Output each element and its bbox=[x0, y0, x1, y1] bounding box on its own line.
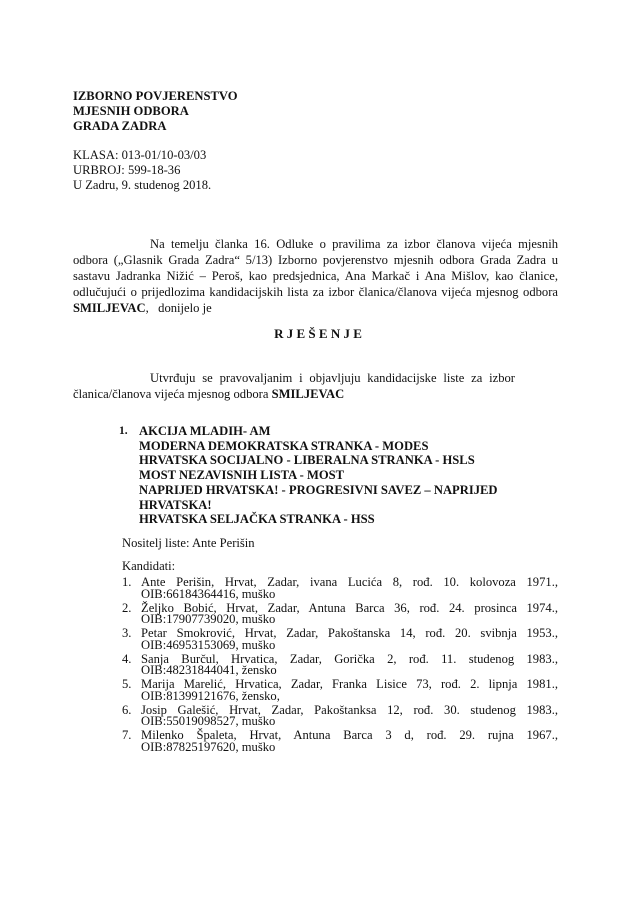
candidate-oib-gender: OIB:17907739020, muško bbox=[141, 612, 275, 626]
party-name: HRVATSKA! bbox=[139, 498, 212, 512]
candidate-oib-gender: OIB:55019098527, muško bbox=[141, 714, 275, 728]
preamble-text-2: odbora („Glasnik Grada Zadra“ 5/13) Izbo… bbox=[73, 253, 558, 267]
place-date: U Zadru, 9. studenog 2018. bbox=[73, 178, 211, 192]
preamble-line-4: odlučujući o prijedlozima kandidacijskih… bbox=[73, 285, 558, 299]
preamble-ending: , donijelo je bbox=[146, 301, 212, 315]
klasa: KLASA: 013-01/10-03/03 bbox=[73, 148, 206, 162]
candidate-oib-gender: OIB:66184364416, muško bbox=[141, 587, 275, 601]
party-name: MODERNA DEMOKRATSKA STRANKA - MODES bbox=[139, 439, 428, 453]
decision-district: SMILJEVAC bbox=[272, 387, 345, 401]
party-name: HRVATSKA SELJAČKA STRANKA - HSS bbox=[139, 512, 375, 526]
candidate-oib-gender: OIB:48231844041, žensko bbox=[141, 663, 277, 677]
preamble-text-4: odlučujući o prijedlozima kandidacijskih… bbox=[73, 285, 558, 299]
party-name: NAPRIJED HRVATSKA! - PROGRESIVNI SAVEZ –… bbox=[139, 483, 498, 497]
preamble-line-5: SMILJEVAC, donijelo je bbox=[73, 301, 212, 315]
decision-text-1: Utvrđuju se pravovaljanim i objavljuju k… bbox=[150, 371, 515, 385]
candidate-oib-gender: OIB:46953153069, muško bbox=[141, 638, 275, 652]
preamble-text-3: sastavu Jadranka Nižić – Peroš, kao pred… bbox=[73, 269, 558, 283]
issuer-line-3: GRADA ZADRA bbox=[73, 119, 166, 133]
candidate-number: 6. bbox=[122, 703, 131, 717]
list-holder: Nositelj liste: Ante Perišin bbox=[122, 536, 255, 550]
district-name: SMILJEVAC bbox=[73, 301, 146, 315]
decision-text-2: članica/članova vijeća mjesnog odbora bbox=[73, 387, 272, 401]
candidate-number: 4. bbox=[122, 652, 131, 666]
candidate-number: 5. bbox=[122, 677, 131, 691]
list-number: 1. bbox=[119, 424, 128, 438]
party-name: HRVATSKA SOCIJALNO - LIBERALNA STRANKA -… bbox=[139, 453, 475, 467]
candidate-number: 7. bbox=[122, 728, 131, 742]
urbroj: URBROJ: 599-18-36 bbox=[73, 163, 180, 177]
candidates-label: Kandidati: bbox=[122, 559, 175, 573]
decision-line-2: članica/članova vijeća mjesnog odbora SM… bbox=[73, 387, 344, 401]
issuer-line-2: MJESNIH ODBORA bbox=[73, 104, 189, 118]
candidate-oib-gender: OIB:87825197620, muško bbox=[141, 740, 275, 754]
issuer-line-1: IZBORNO POVJERENSTVO bbox=[73, 89, 238, 103]
preamble-line-2: odbora („Glasnik Grada Zadra“ 5/13) Izbo… bbox=[73, 253, 558, 267]
decision-line-1: Utvrđuju se pravovaljanim i objavljuju k… bbox=[150, 371, 515, 385]
preamble-text-1: Na temelju članka 16. Odluke o pravilima… bbox=[150, 237, 558, 251]
document-title: R J E Š E N J E bbox=[0, 327, 636, 341]
preamble-line-1: Na temelju članka 16. Odluke o pravilima… bbox=[150, 237, 558, 251]
preamble-line-3: sastavu Jadranka Nižić – Peroš, kao pred… bbox=[73, 269, 558, 283]
party-name: MOST NEZAVISNIH LISTA - MOST bbox=[139, 468, 344, 482]
candidate-number: 2. bbox=[122, 601, 131, 615]
candidate-oib-gender: OIB:81399121676, žensko, bbox=[141, 689, 280, 703]
candidate-number: 1. bbox=[122, 575, 131, 589]
candidate-number: 3. bbox=[122, 626, 131, 640]
party-name: AKCIJA MLADIH- AM bbox=[139, 424, 271, 438]
